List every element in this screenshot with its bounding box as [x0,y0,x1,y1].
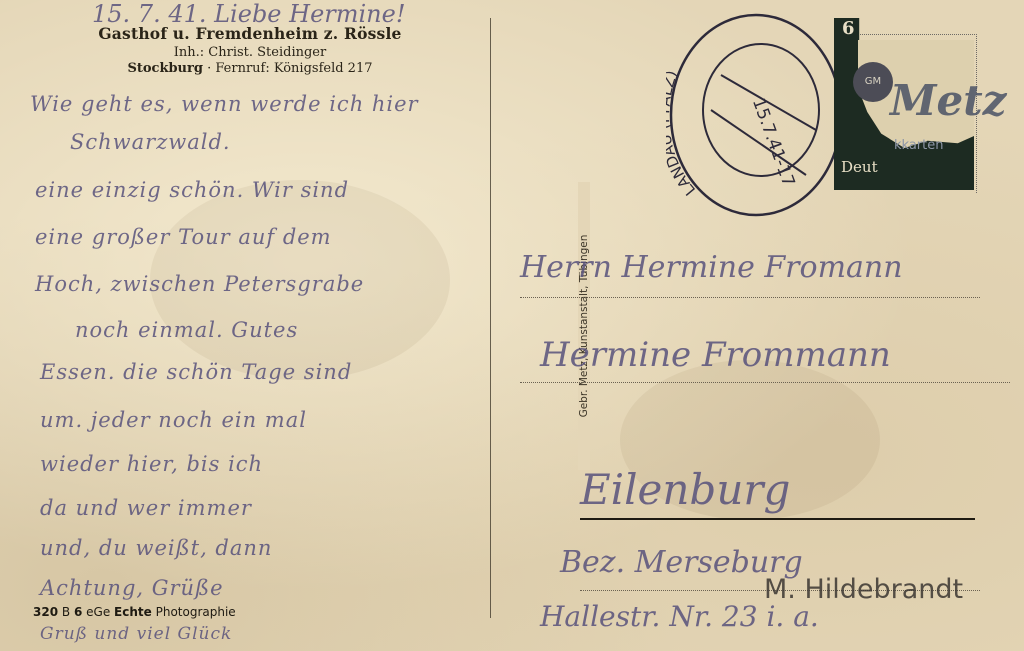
postmark-cancel: LANDAU (PFALZ) 15.7.41-17 [666,10,846,220]
address-line-rule [520,382,1010,383]
message-line: Wie geht es, wenn werde ich hier [30,92,419,116]
center-divider [490,18,491,618]
postcard-back: 15. 7. 41. Liebe Hermine! Gasthof u. Fre… [0,0,1024,651]
message-line: Hoch, zwischen Petersgrabe [35,272,364,296]
publisher-imprint: Gebr. Metz, Kunstanstalt, Tübingen [578,182,590,470]
letterhead-place: Stockburg [127,61,202,76]
message-line: Essen. die schön Tage sind [40,360,352,384]
message-line: da und wer immer [40,496,252,520]
stamp-overprint: Metz [890,76,1006,125]
publisher-logo-icon: GM [853,62,893,102]
message-line: eine einzig schön. Wir sind [35,178,349,202]
letterhead-owner: Inh.: Christ. Steidinger [40,45,460,60]
address-recipient: Herrn Hermine Fromann [520,250,903,285]
message-line: eine großer Tour auf dem [35,225,332,249]
address-recipient-name: Hermine Frommann [540,335,891,375]
print-code: 320 B 6 eGe Echte Photographie [33,605,236,619]
address-line-rule [520,297,980,298]
svg-text:LANDAU (PFALZ): LANDAU (PFALZ) [666,68,699,199]
message-line: und, du weißt, dann [40,536,272,560]
letterhead: Gasthof u. Fremdenheim z. Rössle Inh.: C… [40,24,460,76]
stamp-label-fragment: kkarten [894,138,943,153]
message-line: Achtung, Grüße [40,576,224,600]
message-line: um. jeder noch ein mal [40,408,307,432]
stamp-country: Deut [841,158,878,176]
watermark: M. Hildebrandt [764,574,963,605]
message-line: wieder hier, bis ich [40,452,263,476]
letterhead-contact: Stockburg · Fernruf: Königsfeld 217 [40,61,460,76]
message-line: Gruß und viel Glück [40,624,232,644]
address-line-rule [580,518,975,520]
letterhead-phone: · Fernruf: Königsfeld 217 [203,61,373,76]
address-city: Eilenburg [580,465,790,514]
message-line: Schwarzwald. [70,130,231,154]
stamp-denomination: 6 [842,18,855,39]
message-line: noch einmal. Gutes [75,318,298,342]
letterhead-title: Gasthof u. Fremdenheim z. Rössle [40,24,460,43]
